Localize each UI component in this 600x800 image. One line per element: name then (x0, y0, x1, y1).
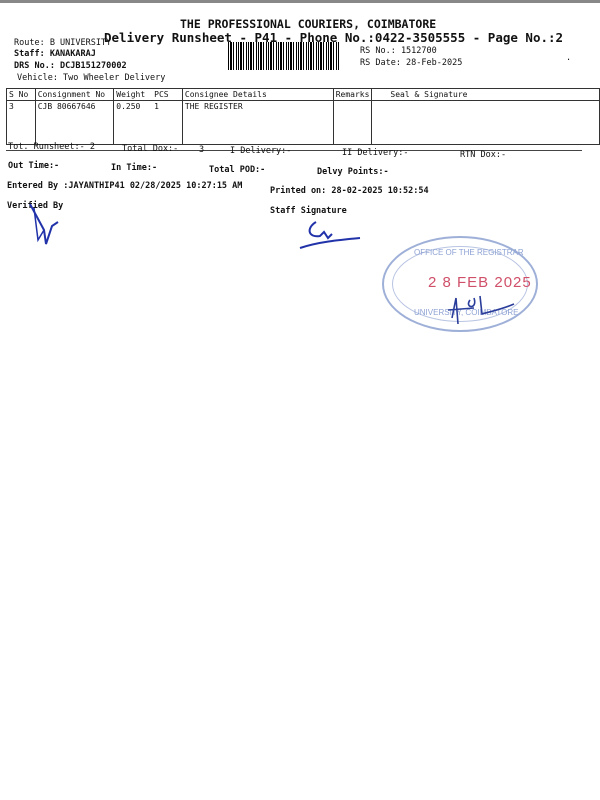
tot-runsheet: Tot. Runsheet:- 2 (8, 142, 95, 152)
vehicle: Vehicle: Two Wheeler Delivery (17, 73, 165, 83)
col-consignee: Consignee Details (182, 89, 333, 101)
stamp-signature (444, 288, 524, 328)
cell-consignee: THE REGISTER (182, 101, 333, 145)
col-sno: S No (7, 89, 36, 101)
ii-delivery: II Delivery:- (342, 148, 409, 158)
cell-consignment: CJB 80667646 (35, 101, 114, 145)
i-delivery: I Delivery:- (230, 146, 291, 156)
col-seal: Seal & Signature (372, 89, 600, 101)
out-time: Out Time:- (8, 161, 59, 171)
cell-sno: 3 (7, 101, 36, 145)
in-time: In Time:- (111, 163, 157, 173)
consignment-table: S No Consignment No Weight PCS Consignee… (6, 88, 600, 145)
scan-edge (0, 0, 600, 3)
cell-seal (372, 101, 600, 145)
stamp-top-text: OFFICE OF THE REGISTRAR (414, 248, 524, 257)
rs-date: RS Date: 28-Feb-2025 (360, 58, 462, 68)
total-dox-label: Total Dox:- (122, 144, 178, 154)
total-dox-value: 3 (199, 145, 204, 155)
cell-remarks (333, 101, 372, 145)
table-row: 3 CJB 80667646 0.250 1 THE REGISTER (7, 101, 600, 145)
total-pod: Total POD:- (209, 165, 265, 175)
cell-weight: 0.250 (114, 101, 152, 145)
barcode (228, 42, 340, 70)
company-title: THE PROFESSIONAL COURIERS, COIMBATORE (180, 17, 436, 31)
col-consignment: Consignment No (35, 89, 114, 101)
rtn-dox: RTN Dox:- (460, 150, 506, 160)
entered-by: Entered By :JAYANTHIP41 02/28/2025 10:27… (7, 181, 242, 191)
rs-no: RS No.: 1512700 (360, 46, 437, 56)
staff-signature: Staff Signature (270, 206, 347, 216)
col-weight: Weight (114, 89, 152, 101)
registrar-stamp: OFFICE OF THE REGISTRAR 2 8 FEB 2025 UNI… (382, 236, 538, 332)
col-remarks: Remarks (333, 89, 372, 101)
drs-no: DRS No.: DCJB151270002 (14, 61, 127, 71)
col-pcs: PCS (152, 89, 182, 101)
route: Route: B UNIVERSITY (14, 38, 111, 48)
printed-on: Printed on: 28-02-2025 10:52:54 (270, 186, 429, 196)
verifier-signature (24, 200, 64, 250)
cell-pcs: 1 (152, 101, 182, 145)
table-header-row: S No Consignment No Weight PCS Consignee… (7, 89, 600, 101)
dot-mark: . (566, 53, 571, 63)
staff-signature-mark (298, 216, 368, 252)
staff: Staff: KANAKARAJ (14, 49, 96, 59)
delvy-points: Delvy Points:- (317, 167, 389, 177)
